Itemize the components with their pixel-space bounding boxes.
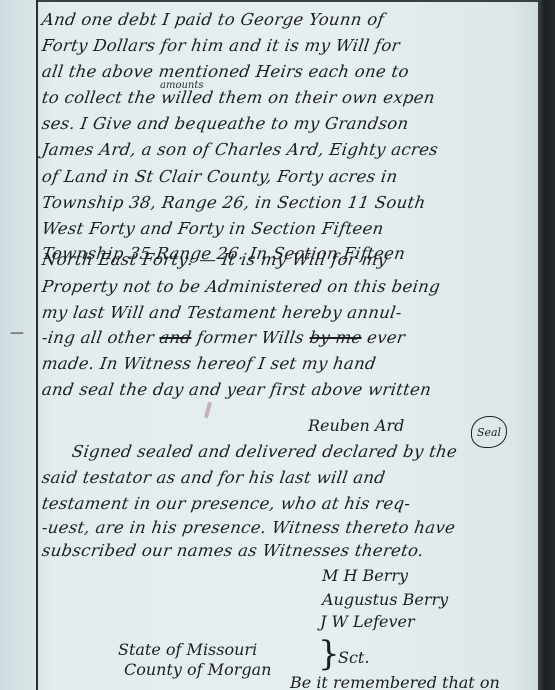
attestation-line-2: said testator as and for his last will a… (41, 468, 387, 487)
venue-state: State of Missouri (118, 640, 257, 659)
text-line-9: West Forty and Forty in Section Fifteen (41, 219, 385, 238)
text-line-3: all the above mentioned Heirs each one t… (41, 62, 410, 81)
text-line-8: Township 38, Range 26, in Section 11 Sou… (41, 193, 427, 212)
struck-text: by me (308, 328, 363, 347)
venue-county: County of Morgan (124, 660, 271, 679)
text-line-7: of Land in St Clair County, Forty acres … (41, 167, 399, 186)
page-binding-edge (538, 0, 555, 690)
witness-signature-3: J W Lefever (320, 612, 415, 631)
text-line-12: Property not to be Administered on this … (41, 277, 442, 296)
witness-signature-2: Augustus Berry (322, 590, 448, 609)
closing-line: Be it remembered that on (290, 673, 500, 690)
attestation-line-5: subscribed our names as Witnesses theret… (41, 541, 425, 560)
text-line-15: made. In Witness hereof I set my hand (41, 354, 378, 373)
ink-blot (204, 402, 212, 418)
testator-signature: Reuben Ard (308, 416, 404, 435)
struck-text: and (158, 328, 193, 347)
document-page: And one debt I paid to George Younn of F… (0, 0, 555, 690)
text-line-6: James Ard, a son of Charles Ard, Eighty … (41, 140, 440, 159)
attestation-line-3: testament in our presence, who at his re… (41, 494, 412, 513)
seal-mark: Seal (471, 416, 507, 448)
text-line-4: to collect the willed them on their own … (41, 88, 436, 107)
top-rule (36, 0, 538, 2)
text-line-16: and seal the day and year first above wr… (41, 380, 433, 399)
witness-signature-1: M H Berry (322, 566, 408, 585)
venue-ss: Sct. (338, 648, 369, 667)
attestation-line-4: -uest, are in his presence. Witness ther… (41, 518, 457, 537)
text-line-5: ses. I Give and bequeathe to my Grandson (41, 114, 410, 133)
text-line-13: my last Will and Testament hereby annul- (41, 303, 403, 322)
seal-label: Seal (477, 426, 501, 439)
text-line-11: North East Forty: — It is my Will for my (41, 250, 389, 269)
text-line-1: And one debt I paid to George Younn of (41, 10, 386, 29)
attestation-line-1: Signed sealed and delivered declared by … (71, 442, 459, 461)
margin-mark: — (10, 325, 24, 341)
text-fragment: ever (360, 328, 406, 347)
text-line-14: -ing all other and former Wills by me ev… (41, 328, 407, 347)
text-fragment: -ing all other (41, 328, 161, 347)
left-margin-rule (36, 0, 38, 690)
text-line-2: Forty Dollars for him and it is my Will … (41, 36, 402, 55)
text-fragment: former Wills (190, 328, 311, 347)
brace-glyph: } (318, 637, 340, 671)
